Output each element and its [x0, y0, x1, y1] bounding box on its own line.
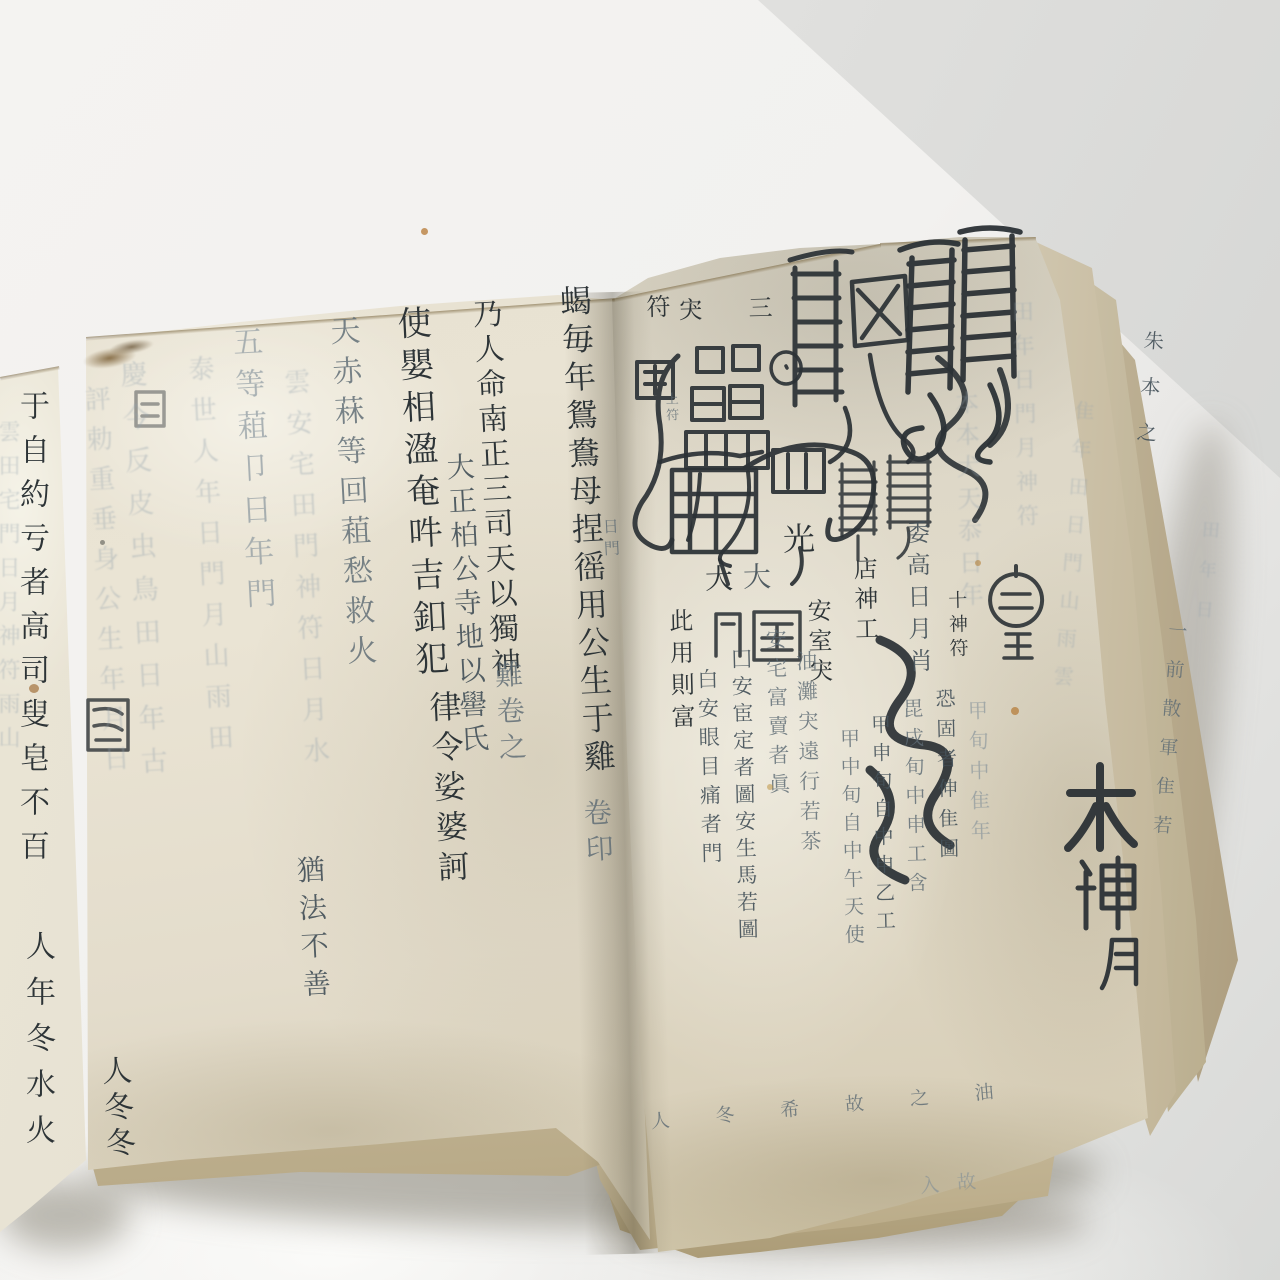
- paper-stain: [421, 228, 428, 235]
- bleedthrough-column: 雲田宅門日月神符雨山: [0, 420, 18, 760]
- ink-column: 恐固者伸隹圖: [934, 688, 958, 868]
- ink-character: 大: [703, 564, 732, 593]
- ink-column: 甲旬中隹年: [966, 700, 990, 850]
- ink-column: 毘戌旬中申工含: [902, 698, 927, 901]
- ink-column: 于自約亏者高司叟皂不百: [16, 390, 46, 874]
- ink-column: 人冬冬: [97, 1054, 133, 1163]
- bleedthrough-column: 田年日門月神符: [1009, 300, 1037, 538]
- bleedthrough-column: 本本犬天忝日年: [952, 390, 981, 615]
- ink-annotation: 上符: [664, 392, 678, 424]
- ink-column: 白安眼目痛者門: [696, 668, 722, 871]
- ink-character: 光: [781, 522, 814, 555]
- ink-character: 符: [644, 294, 669, 319]
- paper-stain: [1011, 707, 1019, 715]
- ink-column: 猶法不善: [294, 854, 330, 1007]
- paper-stain: [975, 560, 981, 566]
- ink-column: 安宅富賣者眞: [764, 628, 789, 802]
- ink-column: 店神工: [851, 556, 877, 647]
- ink-column: 委高日月肖: [903, 520, 931, 681]
- paper-stain: [100, 540, 105, 545]
- ink-annotation: 日門: [601, 518, 619, 563]
- ink-column: 囗安宦定者圖安生馬若圖: [729, 648, 757, 945]
- paper-stain: [767, 784, 773, 790]
- ink-character: 三: [746, 295, 771, 320]
- paper-stain: [29, 684, 39, 693]
- ink-column: 甲中旬自中午天使: [838, 728, 863, 952]
- ink-column: 卷印: [581, 797, 613, 870]
- ink-character: 宊: [676, 297, 701, 322]
- ink-column: 人年冬水火: [22, 930, 52, 1160]
- ink-column: 難卷之: [492, 659, 526, 768]
- ink-column: 安室宊: [805, 598, 831, 689]
- ink-character: 大: [741, 562, 770, 591]
- ink-column: 甲申旬自中申乙工: [869, 714, 894, 938]
- photo-of-manuscript-book: 評勅重垂身公生年月日 慶今反皮虫鳥田日年古 泰世人年日門月山雨田 雲安宅田門神符…: [0, 0, 1280, 1280]
- ink-column: 此用則富: [666, 608, 693, 737]
